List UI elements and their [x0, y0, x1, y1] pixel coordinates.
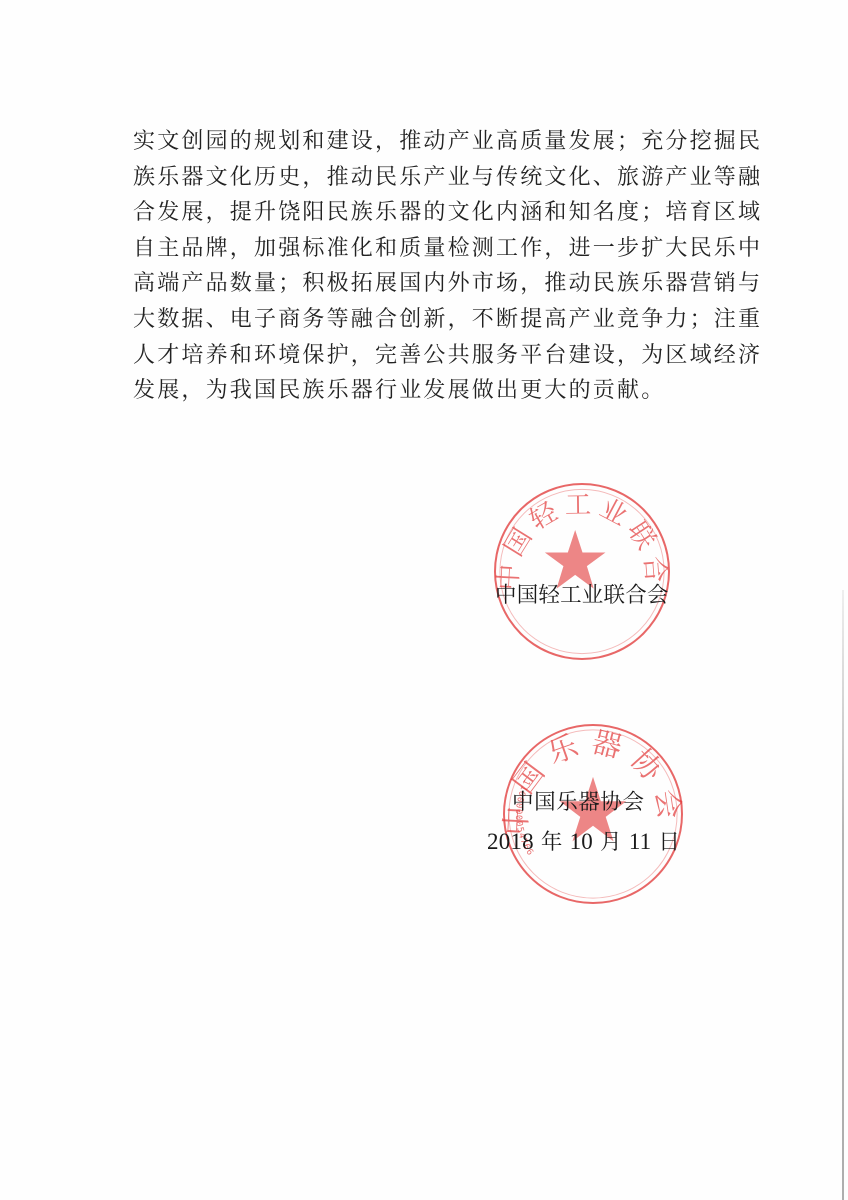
date-month-unit: 月 — [600, 825, 622, 856]
date-year-unit: 年 — [541, 825, 563, 856]
seal-graphic: 中国轻工业联合会 — [496, 485, 668, 658]
date-day: 11 — [629, 829, 652, 855]
signing-date: 2018 年 10 月 11 日 — [487, 825, 680, 856]
date-month: 10 — [570, 829, 593, 855]
scan-artifact-line — [842, 590, 844, 1200]
body-line: 人才培养和环境保护，完善公共服务平台建设，为区域经济 — [133, 338, 753, 374]
body-line: 自主品牌，加强标准化和质量检测工作，进一步扩大民乐中 — [133, 231, 753, 267]
date-day-unit: 日 — [658, 825, 680, 856]
body-line: 大数据、电子商务等融合创新，不断提高产业竞争力；注重 — [133, 302, 753, 338]
body-line: 高端产品数量；积极拓展国内外市场，推动民族乐器营销与 — [133, 266, 753, 302]
signatory-musical-instrument: 中国乐器协会 — [512, 785, 645, 816]
signatory-light-industry: 中国轻工业联合会 — [495, 578, 669, 609]
body-paragraph: 实文创园的规划和建设，推动产业高质量发展；充分挖掘民 族乐器文化历史，推动民乐产… — [133, 124, 753, 409]
body-line: 合发展，提升饶阳民族乐器的文化内涵和知名度；培育区域 — [133, 195, 753, 231]
date-year: 2018 — [487, 829, 534, 855]
body-line: 实文创园的规划和建设，推动产业高质量发展；充分挖掘民 — [133, 124, 753, 160]
official-seal-light-industry: 中国轻工业联合会 — [494, 483, 670, 660]
body-line: 族乐器文化历史，推动民乐产业与传统文化、旅游产业等融 — [133, 160, 753, 196]
body-line: 发展，为我国民族乐器行业发展做出更大的贡献。 — [133, 373, 753, 409]
document-page: 实文创园的规划和建设，推动产业高质量发展；充分挖掘民 族乐器文化历史，推动民乐产… — [0, 0, 848, 1200]
